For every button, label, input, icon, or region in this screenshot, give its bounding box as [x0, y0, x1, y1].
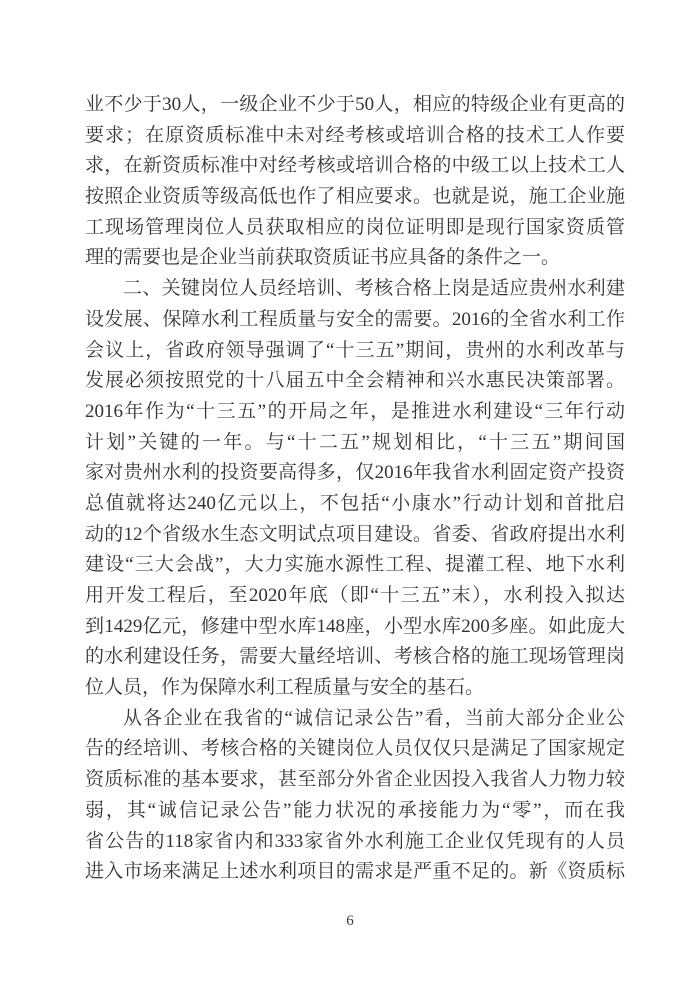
- text-line: 总值就将达240亿元以上，不包括“小康水”行动计划和首批启: [85, 489, 625, 520]
- page-number: 6: [0, 913, 700, 930]
- text-line: 计划”关键的一年。与“十二五”规划相比，“十三五”期间国: [85, 428, 625, 459]
- text-line: 发展必须按照党的十八届五中全会精神和兴水惠民决策部署。: [85, 366, 625, 397]
- text-line: 求，在新资质标准中对经考核或培训合格的中级工以上技术工人: [85, 151, 625, 182]
- text-line: 设发展、保障水利工程质量与安全的需要。2016的全省水利工作: [85, 305, 625, 336]
- document-page: 业不少于30人，一级企业不少于50人，相应的特级企业有更高的 要求；在原资质标准…: [0, 0, 700, 990]
- text-line: 弱，其“诚信记录公告”能力状况的承接能力为“零”，而在我: [85, 796, 625, 827]
- text-line: 工现场管理岗位人员获取相应的岗位证明即是现行国家资质管: [85, 213, 625, 244]
- text-line: 位人员，作为保障水利工程质量与安全的基石。: [85, 673, 625, 704]
- text-line: 进入市场来满足上述水利项目的需求是严重不足的。新《资质标: [85, 857, 625, 888]
- text-line: 家对贵州水利的投资要高得多，仅2016年我省水利固定资产投资: [85, 458, 625, 489]
- paragraph-1: 业不少于30人，一级企业不少于50人，相应的特级企业有更高的 要求；在原资质标准…: [85, 90, 625, 274]
- text-line: 告的经培训、考核合格的关键岗位人员仅仅只是满足了国家规定: [85, 734, 625, 765]
- text-line: 用开发工程后，至2020年底（即“十三五”末），水利投入拟达: [85, 581, 625, 612]
- text-line: 理的需要也是企业当前获取资质证书应具备的条件之一。: [85, 243, 625, 274]
- text-line: 二、关键岗位人员经培训、考核合格上岗是适应贵州水利建: [85, 274, 625, 305]
- text-line: 业不少于30人，一级企业不少于50人，相应的特级企业有更高的: [85, 90, 625, 121]
- document-body: 业不少于30人，一级企业不少于50人，相应的特级企业有更高的 要求；在原资质标准…: [85, 90, 625, 888]
- paragraph-3: 从各企业在我省的“诚信记录公告”看，当前大部分企业公 告的经培训、考核合格的关键…: [85, 704, 625, 888]
- text-line: 建设“三大会战”，大力实施水源性工程、提灌工程、地下水利: [85, 550, 625, 581]
- text-line: 从各企业在我省的“诚信记录公告”看，当前大部分企业公: [85, 704, 625, 735]
- text-line: 按照企业资质等级高低也作了相应要求。也就是说，施工企业施: [85, 182, 625, 213]
- text-line: 会议上，省政府领导强调了“十三五”期间，贵州的水利改革与: [85, 336, 625, 367]
- text-line: 到1429亿元，修建中型水库148座，小型水库200多座。如此庞大: [85, 612, 625, 643]
- text-line: 动的12个省级水生态文明试点项目建设。省委、省政府提出水利: [85, 520, 625, 551]
- text-line: 要求；在原资质标准中未对经考核或培训合格的技术工人作要: [85, 121, 625, 152]
- text-line: 资质标准的基本要求，甚至部分外省企业因投入我省人力物力较: [85, 765, 625, 796]
- text-line: 2016年作为“十三五”的开局之年，是推进水利建设“三年行动: [85, 397, 625, 428]
- text-line: 省公告的118家省内和333家省外水利施工企业仅凭现有的人员: [85, 827, 625, 858]
- paragraph-2: 二、关键岗位人员经培训、考核合格上岗是适应贵州水利建 设发展、保障水利工程质量与…: [85, 274, 625, 704]
- text-line: 的水利建设任务，需要大量经培训、考核合格的施工现场管理岗: [85, 642, 625, 673]
